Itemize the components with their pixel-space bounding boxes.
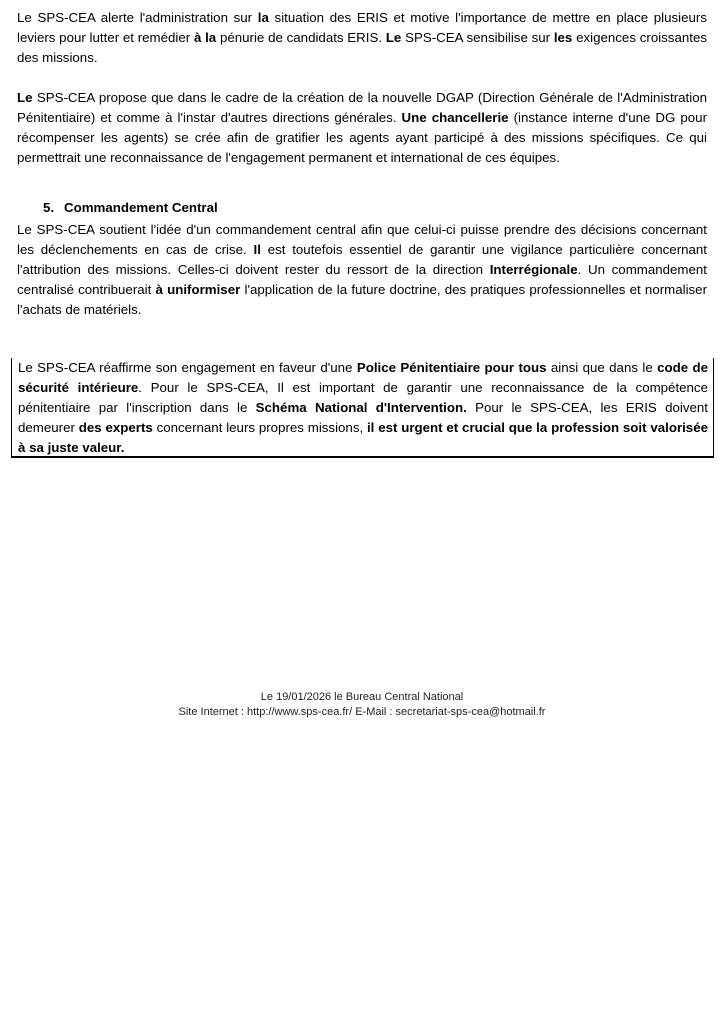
text-run-bold: à la [194, 30, 216, 45]
text-run-bold: Il [254, 242, 261, 257]
text-run-bold: Schéma National d'Intervention. [256, 400, 467, 415]
paragraph-conclusion: Le SPS-CEA réaffirme son engagement en f… [18, 358, 708, 458]
section-title: Commandement Central [64, 200, 218, 215]
text-run-bold: des experts [79, 420, 153, 435]
text-run-bold: Une chancellerie [402, 110, 509, 125]
paragraph-eris-alert: Le SPS-CEA alerte l'administration sur l… [17, 8, 707, 68]
text-run-bold: à uniformiser [156, 282, 241, 297]
text-run: pénurie de candidats ERIS. [216, 30, 386, 45]
text-run-bold: la [258, 10, 269, 25]
text-run: Le SPS-CEA alerte l'administration sur [17, 10, 258, 25]
footer-contact: Site Internet : http://www.sps-cea.fr/ E… [0, 705, 724, 720]
text-run-bold: les [554, 30, 573, 45]
section-heading: 5.Commandement Central [43, 198, 218, 218]
text-run-bold: Le [17, 90, 33, 105]
footer-date-signature: Le 19/01/2026 le Bureau Central National [0, 690, 724, 705]
text-run: SPS-CEA sensibilise sur [401, 30, 554, 45]
text-run: ainsi que dans le [547, 360, 658, 375]
paragraph-commandement: Le SPS-CEA soutient l'idée d'un commande… [17, 220, 707, 320]
text-run-bold: Le [386, 30, 402, 45]
text-run-bold: Police Pénitentiaire pour tous [357, 360, 547, 375]
text-run-bold: Interrégionale [490, 262, 578, 277]
paragraph-chancellerie: Le SPS-CEA propose que dans le cadre de … [17, 88, 707, 168]
text-run: Le SPS-CEA réaffirme son engagement en f… [18, 360, 357, 375]
section-number: 5. [43, 198, 64, 218]
conclusion-box: Le SPS-CEA réaffirme son engagement en f… [11, 358, 714, 458]
text-run: concernant leurs propres missions, [153, 420, 367, 435]
